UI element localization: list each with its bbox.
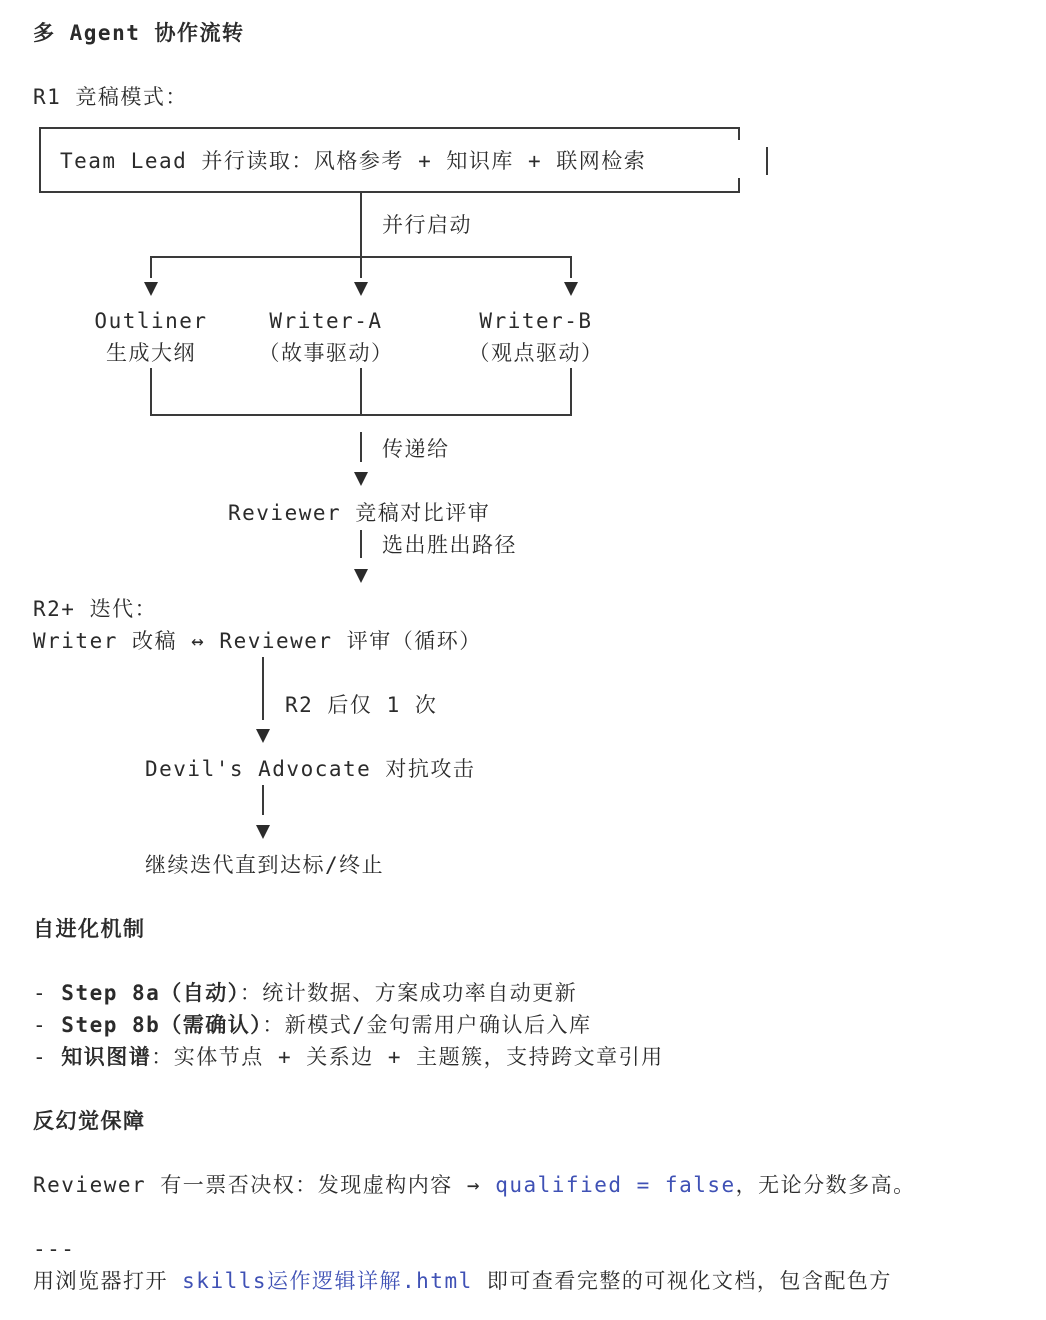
- r2-loop: Writer 改稿 ↔ Reviewer 评审（循环）: [33, 625, 482, 657]
- list-item: - Step 8b（需确认）：新模式/金句需用户确认后入库: [33, 1009, 591, 1041]
- self-evolution-heading: 自进化机制: [33, 913, 146, 945]
- arrow-down-icon: [354, 282, 368, 296]
- anti-hallucination-heading: 反幻觉保障: [33, 1105, 146, 1137]
- anti-hallucination-text: Reviewer 有一票否决权：发现虚构内容 → qualified = fal…: [33, 1169, 916, 1201]
- reviewer-node: Reviewer 竞稿对比评审: [228, 497, 490, 529]
- inline-code: qualified = false: [495, 1173, 735, 1197]
- footer-text: 用浏览器打开 skills运作逻辑详解.html 即可查看完整的可视化文档，包含…: [33, 1265, 892, 1297]
- pass-to-label: 传递给: [382, 433, 450, 465]
- node-writer-a-desc: （故事驱动）: [226, 337, 426, 369]
- continue-node: 继续迭代直到达标/终止: [145, 849, 384, 881]
- arrow-down-icon: [256, 729, 270, 743]
- node-outliner-name: Outliner: [51, 305, 251, 337]
- r2-label: R2+ 迭代：: [33, 593, 157, 625]
- select-path-label: 选出胜出路径: [382, 529, 517, 561]
- list-item: - 知识图谱：实体节点 + 关系边 + 主题簇，支持跨文章引用: [33, 1041, 664, 1073]
- node-outliner-desc: 生成大纲: [51, 337, 251, 369]
- arrow-down-icon: [354, 569, 368, 583]
- page-title: 多 Agent 协作流转: [33, 17, 245, 49]
- list-item: - Step 8a（自动）：统计数据、方案成功率自动更新: [33, 977, 577, 1009]
- html-file-link[interactable]: skills运作逻辑详解.html: [182, 1269, 473, 1293]
- divider: ---: [33, 1233, 75, 1265]
- arrow-down-icon: [144, 282, 158, 296]
- team-lead-box: Team Lead 并行读取：风格参考 + 知识库 + 联网检索: [60, 145, 646, 177]
- node-writer-b-name: Writer-B: [436, 305, 636, 337]
- r1-label: R1 竞稿模式：: [33, 81, 188, 113]
- node-writer-b-desc: （观点驱动）: [436, 337, 636, 369]
- once-after-r2-label: R2 后仅 1 次: [285, 689, 437, 721]
- arrow-down-icon: [354, 472, 368, 486]
- devils-advocate-node: Devil's Advocate 对抗攻击: [145, 753, 475, 785]
- parallel-launch-label: 并行启动: [382, 209, 472, 241]
- node-writer-a-name: Writer-A: [226, 305, 426, 337]
- arrow-down-icon: [256, 825, 270, 839]
- arrow-down-icon: [564, 282, 578, 296]
